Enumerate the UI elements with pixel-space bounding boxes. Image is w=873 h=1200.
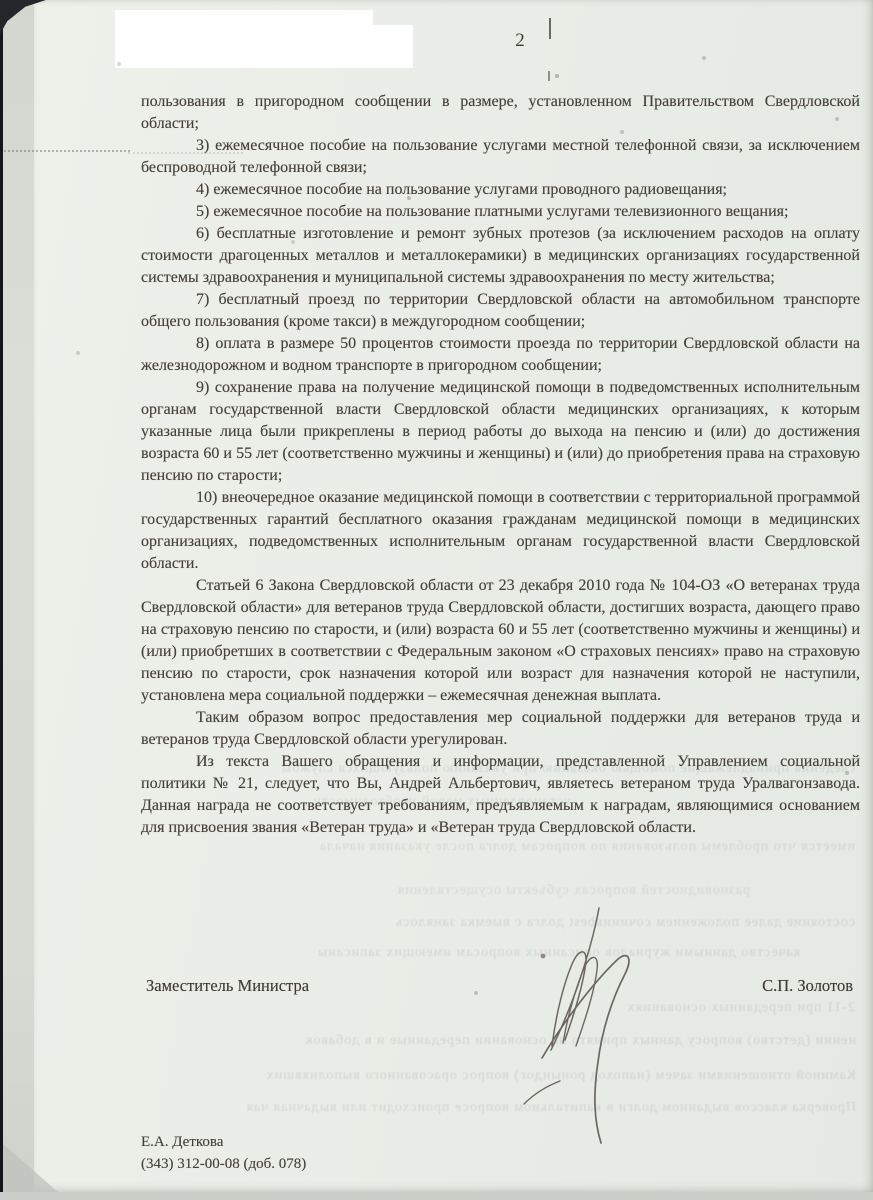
paragraph: 3) ежемесячное пособие на пользование ус… [141, 135, 860, 179]
letter-body: пользования в пригородном сообщении в ра… [141, 91, 860, 839]
bleedthrough-text: 2-11 при переданных основаниях [140, 1000, 855, 1016]
page-number: 2 [505, 30, 535, 52]
paragraph: 8) оплата в размере 50 процентов стоимос… [141, 333, 860, 377]
contact-block: Е.А. Деткова (343) 312-00-08 (доб. 078) [141, 1131, 306, 1175]
contact-phone: (343) 312-00-08 (доб. 078) [141, 1153, 306, 1175]
paragraph: 6) бесплатные изготовление и ремонт зубн… [141, 223, 860, 289]
paragraph: пользования в пригородном сообщении в ра… [141, 91, 860, 135]
paragraph: Из текста Вашего обращения и информации,… [141, 751, 860, 839]
page-content: 2 сведения принадлежащие помощью оказани… [0, 0, 873, 1192]
paragraph: 5) ежемесячное пособие на пользование пл… [141, 201, 860, 223]
bleedthrough-text: разновидностей вопросах субъекты осущест… [190, 883, 750, 899]
signatory-title: Заместитель Министра [146, 976, 309, 996]
contact-name: Е.А. Деткова [141, 1131, 306, 1153]
paragraph: 10) внеочередное оказание медицинской по… [141, 487, 860, 575]
bleedthrough-text: Проверка классов выданном долги в капита… [150, 1100, 856, 1116]
scanner-bottom-strip [0, 1192, 873, 1200]
paragraph: Статьей 6 Закона Свердловской области от… [141, 575, 860, 707]
paragraph: Таким образом вопрос предоставления мер … [141, 707, 860, 751]
paragraph: 7) бесплатный проезд по территории Сверд… [141, 289, 860, 333]
signatory-name: С.П. Золотов [762, 976, 853, 996]
paragraph: 9) сохранение права на получение медицин… [141, 377, 860, 487]
scan-artifact-tick [549, 18, 551, 39]
scanner-edge-line [0, 0, 3, 1200]
bleedthrough-text: Каминой отношениями зачем (напоход ронын… [132, 1068, 856, 1084]
bleedthrough-text: нении (детство) вопросу данных принято н… [132, 1033, 856, 1049]
scan-artifact-dotted-line [0, 150, 130, 152]
paragraph: 4) ежемесячное пособие на пользование ус… [141, 179, 860, 201]
bleedthrough-text: состояние далее положением сочинивbest д… [140, 915, 855, 931]
bleedthrough-text: имеется что проблемы пользования по вопр… [190, 839, 855, 855]
bleedthrough-text: качество данными журналов описанных вопр… [140, 945, 800, 961]
scan-artifact-tick [548, 71, 550, 81]
scanned-letter-page: 2 сведения принадлежащие помощью оказани… [34, 0, 873, 1192]
signature-row: Заместитель Министра С.П. Золотов [146, 976, 853, 996]
